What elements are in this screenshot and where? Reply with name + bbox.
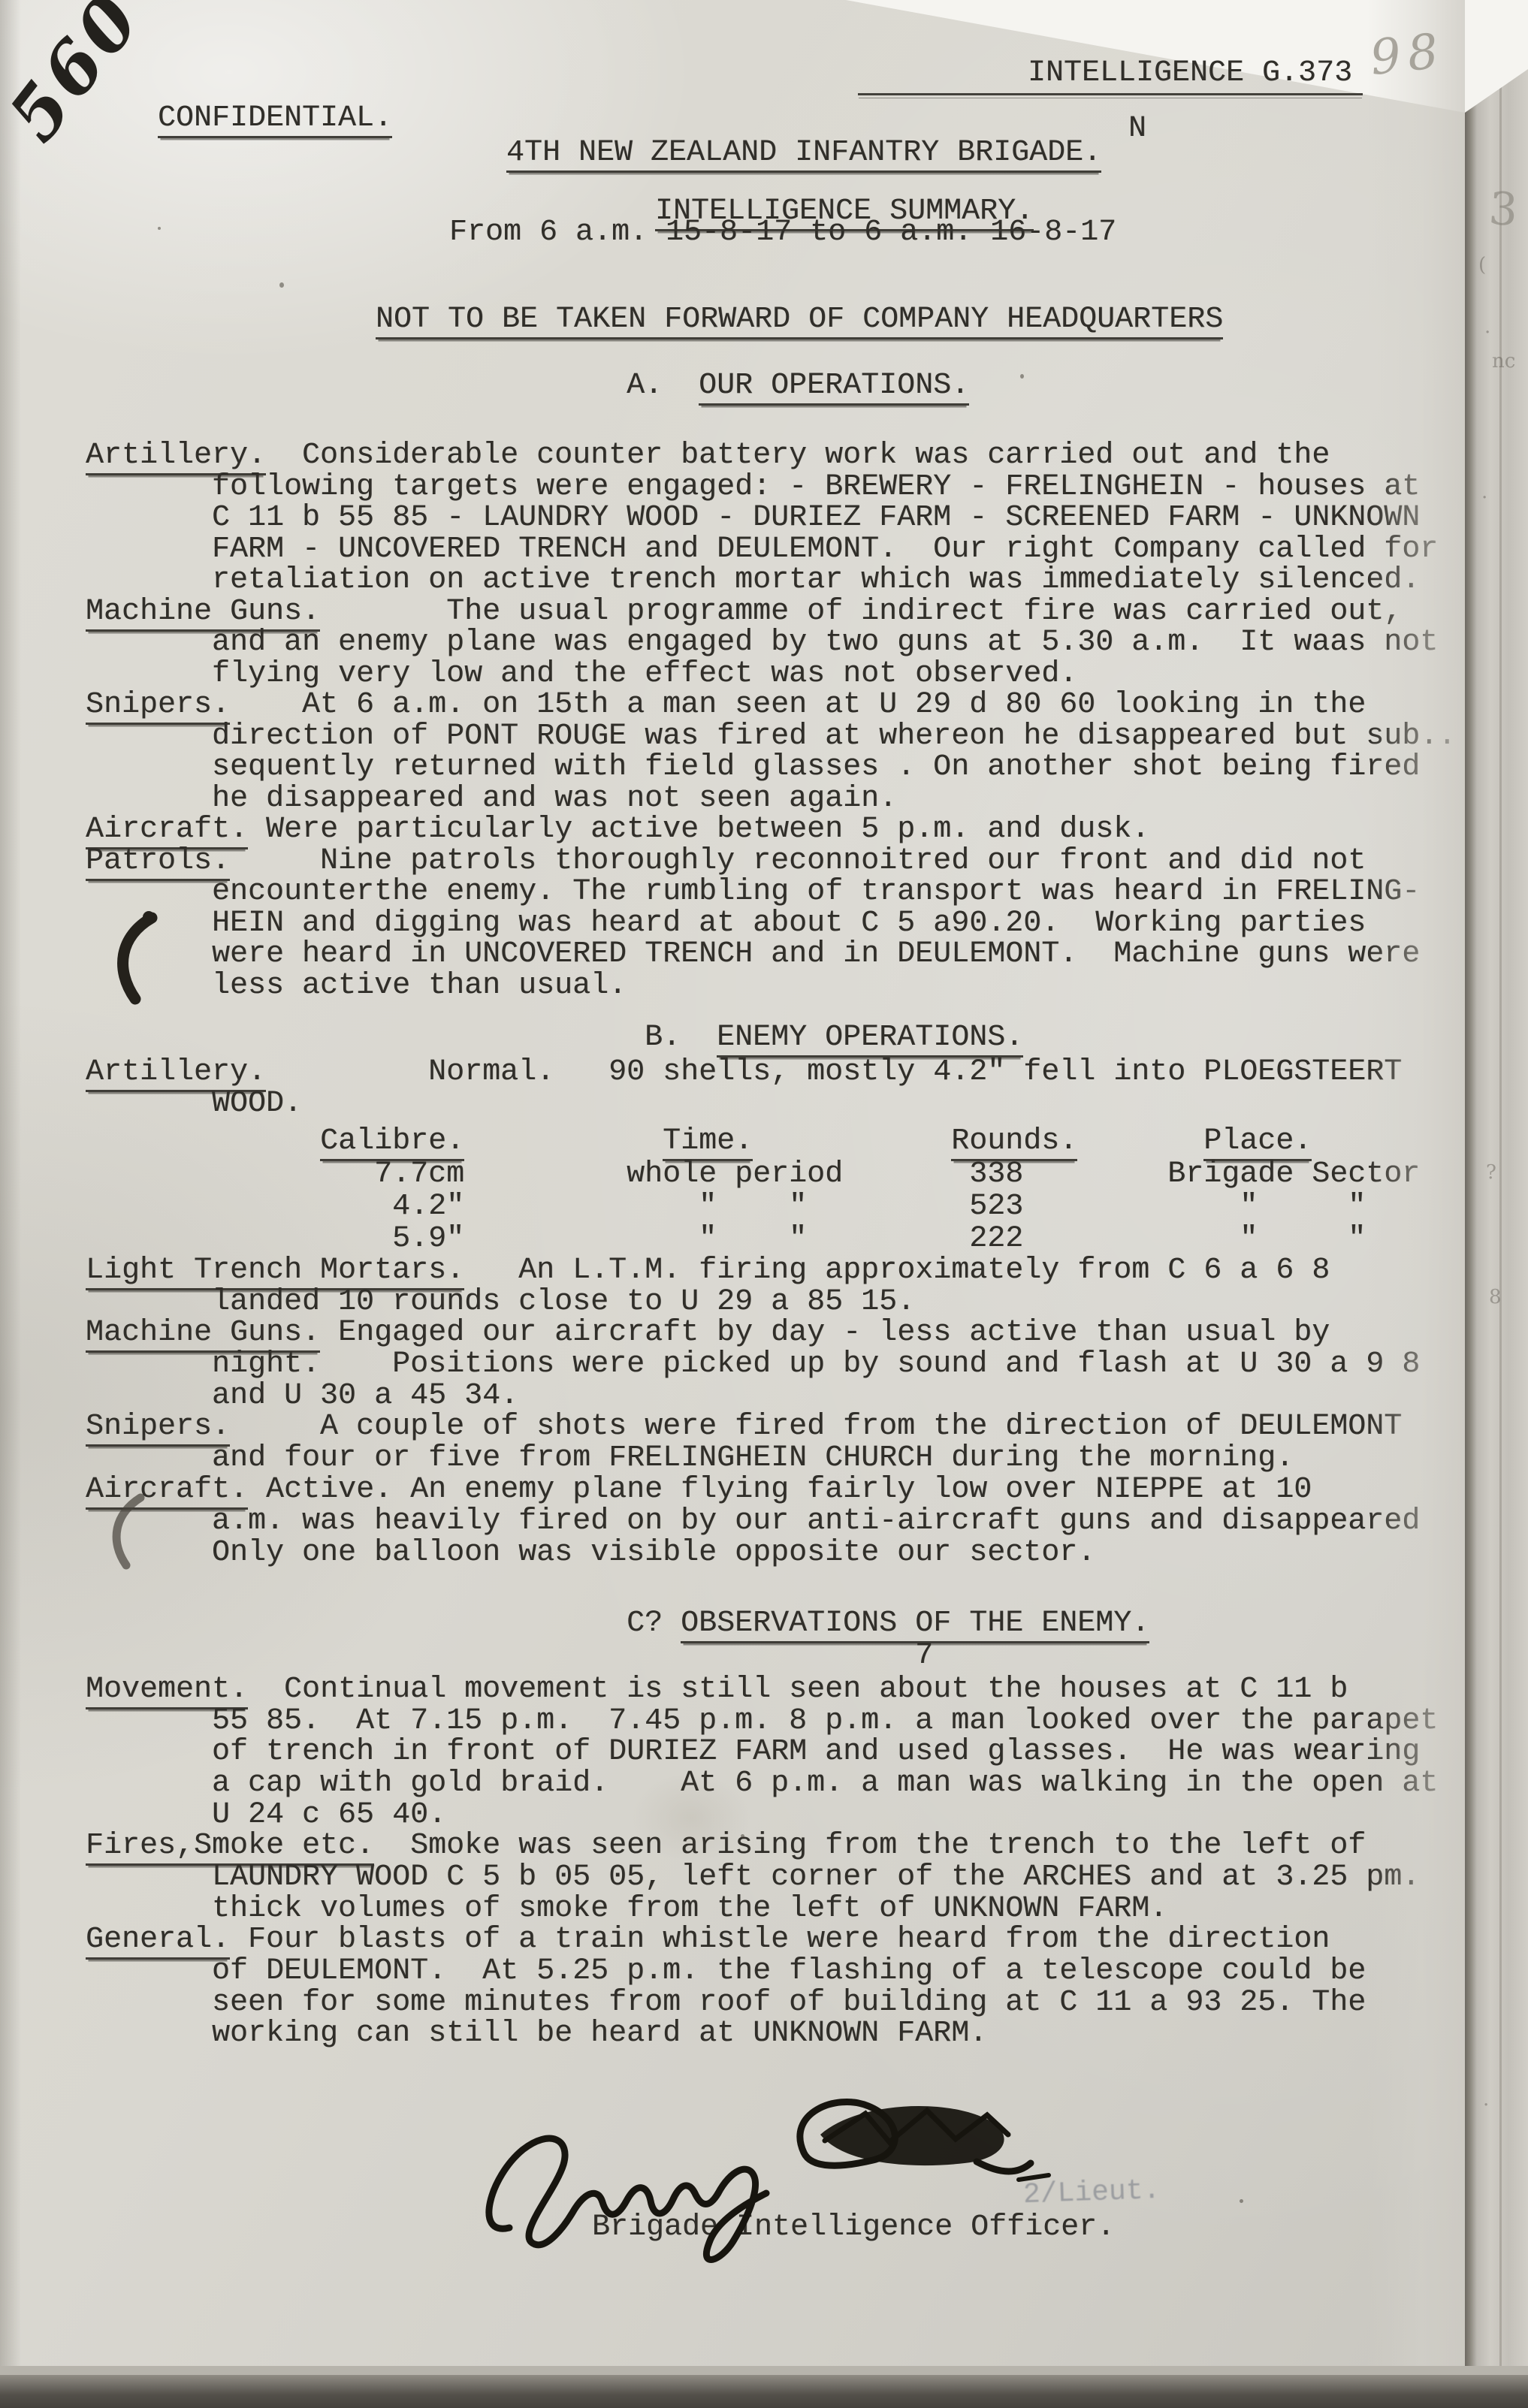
document-line: of DEULEMONT. At 5.25 p.m. the flashing …: [86, 1955, 1366, 1988]
document-line: a.m. was heavily fired on by our anti-ai…: [86, 1505, 1420, 1538]
reference-number: INTELLIGENCE G.373: [1028, 57, 1352, 90]
scanned-document-page: 560 98 3 CONFIDENTIAL. INTELLIGENCE G.37…: [0, 0, 1528, 2408]
scan-bottom-shadow: [0, 2375, 1528, 2408]
document-line: seen for some minutes from roof of build…: [86, 1987, 1366, 2020]
document-line: C 11 b 55 85 - LAUNDRY WOOD - DURIEZ FAR…: [86, 502, 1420, 535]
document-line: less active than usual.: [86, 970, 627, 1003]
paper-speck: [279, 282, 284, 288]
document-line: and an enemy plane was engaged by two gu…: [86, 626, 1438, 659]
signature-script: [451, 2081, 1059, 2238]
section-heading-a: A. OUR OPERATIONS.: [86, 370, 969, 403]
section-heading-c: C? OBSERVATIONS OF THE ENEMY.: [86, 1607, 1149, 1640]
document-line: thick volumes of smoke from the left of …: [86, 1893, 1167, 1926]
classification-label: CONFIDENTIAL.: [86, 69, 392, 168]
ink-blot-icon: [105, 910, 165, 1008]
table-header: Calibre. Time. Rounds. Place.: [86, 1125, 1312, 1158]
period-line: From 6 a.m. 15-8-17 to 6 a.m. 16-8-17: [449, 216, 1116, 249]
edge-mark: .: [1481, 481, 1487, 503]
document-line: WOOD.: [86, 1088, 302, 1121]
edge-mark: 8: [1489, 1286, 1502, 1308]
document-line: night. Positions were picked up by sound…: [86, 1348, 1420, 1381]
faint-corner-number: 98: [1367, 23, 1448, 86]
document-line: FARM - UNCOVERED TRENCH and DEULEMONT. O…: [86, 533, 1438, 566]
document-line: Light Trench Mortars. An L.T.M. firing a…: [86, 1254, 1330, 1287]
paper-speck: [158, 227, 161, 230]
document-line: working can still be heard at UNKNOWN FA…: [86, 2017, 987, 2050]
edge-mark: .: [1483, 2088, 1489, 2111]
annotation-letter: N: [1128, 113, 1146, 146]
paper-speck: [1240, 2199, 1243, 2203]
paper-speck: [1020, 374, 1024, 379]
distribution-text: NOT TO BE TAKEN FORWARD OF COMPANY HEADQ…: [376, 303, 1223, 339]
reference-underline: [858, 93, 1363, 95]
document-line: a cap with gold braid. At 6 p.m. a man w…: [86, 1767, 1438, 1800]
edge-mark: ?: [1486, 1161, 1496, 1184]
table-row: 5.9" " " 222 " ": [86, 1223, 1366, 1256]
document-line: were heard in UNCOVERED TRENCH and in DE…: [86, 938, 1420, 971]
document-line: U 24 c 65 40.: [86, 1799, 446, 1832]
document-line: and four or five from FRELINGHEIN CHURCH…: [86, 1442, 1294, 1475]
document-line: Artillery. Normal. 90 shells, mostly 4.2…: [86, 1056, 1402, 1089]
document-line: of trench in front of DURIEZ FARM and us…: [86, 1736, 1420, 1769]
document-line: Machine Guns. The usual programme of ind…: [86, 596, 1402, 629]
table-row: 4.2" " " 523 " ": [86, 1190, 1366, 1224]
edge-mark: (: [1478, 254, 1486, 276]
document-line: 55 85. At 7.15 p.m. 7.45 p.m. 8 p.m. a m…: [86, 1705, 1438, 1738]
classification-text: CONFIDENTIAL.: [158, 101, 392, 138]
edge-mark: nc: [1492, 350, 1515, 373]
stray-seven: 7: [86, 1640, 933, 1673]
paper-tear-icon: [99, 1492, 152, 1574]
document-line: he disappeared and was not seen again.: [86, 783, 897, 816]
document-line: flying very low and the effect was not o…: [86, 658, 1077, 691]
document-line: sequently returned with field glasses . …: [86, 751, 1420, 784]
document-line: Snipers. A couple of shots were fired fr…: [86, 1411, 1402, 1444]
document-line: Aircraft. Were particularly active betwe…: [86, 813, 1149, 846]
document-line: and U 30 a 45 34.: [86, 1380, 518, 1413]
margin-page-number: 3: [1487, 183, 1520, 237]
signature-rank: 2/Lieut.: [1022, 2174, 1161, 2211]
document-line: Only one balloon was visible opposite ou…: [86, 1537, 1095, 1570]
document-line: Snipers. At 6 a.m. on 15th a man seen at…: [86, 689, 1366, 722]
document-line: Machine Guns. Engaged our aircraft by da…: [86, 1317, 1330, 1350]
document-line: retaliation on active trench mortar whic…: [86, 564, 1420, 597]
table-row: 7.7cm whole period 338 Brigade Sector: [86, 1158, 1420, 1191]
document-line: General. Four blasts of a train whistle …: [86, 1924, 1330, 1957]
paper-stain: [631, 1773, 751, 1863]
document-line: following targets were engaged: - BREWER…: [86, 471, 1420, 504]
document-line: Patrols. Nine patrols thoroughly reconno…: [86, 845, 1366, 878]
document-line: encounterthe enemy. The rumbling of tran…: [86, 876, 1420, 909]
document-line: LAUNDRY WOOD C 5 b 05 05, left corner of…: [86, 1861, 1420, 1894]
edge-mark: .: [1484, 315, 1490, 338]
page-bottom-edge: [0, 2366, 1528, 2375]
document-line: direction of PONT ROUGE was fired at whe…: [86, 720, 1456, 753]
document-line: Artillery. Considerable counter battery …: [86, 439, 1330, 472]
section-heading-b: B. ENEMY OPERATIONS.: [86, 1021, 1023, 1055]
document-line: Aircraft. Active. An enemy plane flying …: [86, 1474, 1312, 1507]
distribution-warning: NOT TO BE TAKEN FORWARD OF COMPANY HEADQ…: [303, 270, 1223, 370]
document-line: Movement. Continual movement is still se…: [86, 1673, 1348, 1706]
document-line: landed 10 rounds close to U 29 a 85 15.: [86, 1286, 915, 1319]
document-line: HEIN and digging was heard at about C 5 …: [86, 907, 1366, 940]
